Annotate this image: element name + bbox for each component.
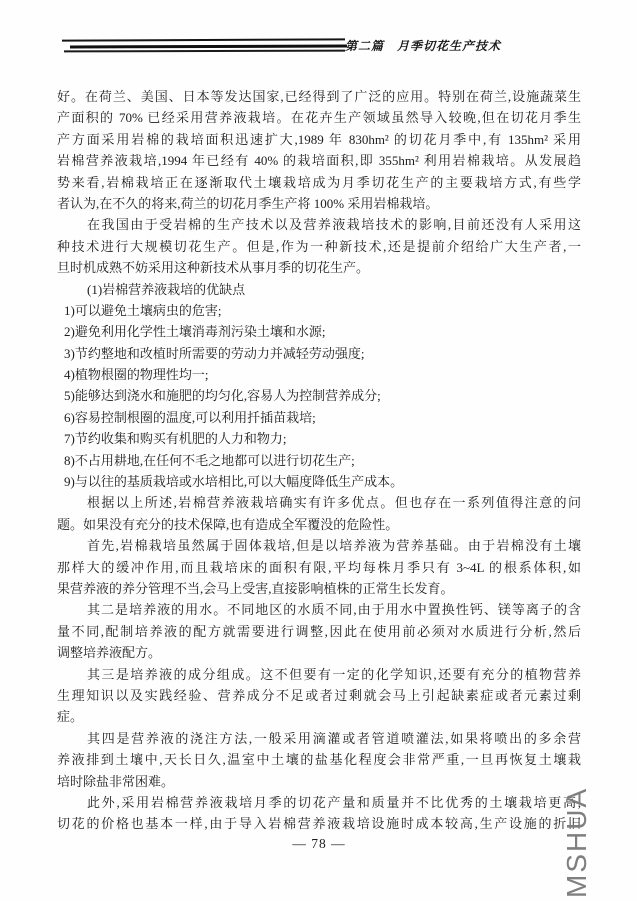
list-item-line: 5)能够达到浇水和施肥的均匀化,容易人为控制营养成分;	[57, 385, 581, 406]
text-line: 其四是营养液的浇注方法,一般采用滴灌或者管道喷灌法,如果将喷出的多余营	[57, 728, 581, 749]
text-line: 题。如果没有充分的技术保障,也有造成全军覆没的危险性。	[57, 514, 581, 535]
text-line: 量不同,配制培养液的配方就需要进行调整,因此在使用前必须对水质进行分析,然后	[57, 621, 581, 642]
list-item-line: 7)节约收集和购买有机肥的人力和物力;	[57, 428, 581, 449]
list-item-line: 6)容易控制根圈的温度,可以利用扦插苗栽培;	[57, 407, 581, 428]
text-line: 生理知识以及实践经验、营养成分不足或者过剩就会马上引起缺素症或者元素过剩	[57, 685, 581, 706]
text-line: 产方面采用岩棉的栽培面积迅速扩大,1989 年 830hm² 的切花月季中,有 …	[57, 129, 581, 150]
text-line: 根据以上所述,岩棉营养液栽培确实有许多优点。但也存在一系列值得注意的问	[57, 492, 581, 513]
text-line: 养液排到土壤中,天长日久,温室中土壤的盐基化程度会非常严重,一旦再恢复土壤栽	[57, 749, 581, 770]
scanned-book-page: 第二篇 月季切花生产技术 好。在荷兰、美国、日本等发达国家,已经得到了广泛的应用…	[0, 0, 637, 901]
text-line: 旦时机成熟不妨采用这种新技术从事月季的切花生产。	[57, 257, 581, 278]
header-rule-line-top	[62, 38, 345, 41]
page-number: — 78 —	[57, 833, 581, 854]
list-item-line: 4)植物根圈的物理性均一;	[57, 364, 581, 385]
text-line: 好。在荷兰、美国、日本等发达国家,已经得到了广泛的应用。特别在荷兰,设施蔬菜生	[57, 86, 581, 107]
list-item-line: 3)节约整地和改植时所需要的劳动力并减轻劳动强度;	[57, 343, 581, 364]
text-line: 症。	[57, 706, 581, 727]
text-line: 其二是培养液的用水。不同地区的水质不同,由于用水中置换性钙、镁等离子的含	[57, 599, 581, 620]
running-header-title: 第二篇 月季切花生产技术	[345, 37, 585, 54]
text-line: 产面积的 70% 已经采用营养液栽培。在花卉生产领域虽然导入较晚,但在切花月季生	[57, 107, 581, 128]
text-line: 调整培养液配方。	[57, 642, 581, 663]
text-line: 在我国由于受岩棉的生产技术以及营养液栽培技术的影响,目前还没有人采用这	[57, 214, 581, 235]
text-line: 那样大的缓冲作用,而且栽培床的面积有限,平均每株月季只有 3~4L 的根系体积,…	[57, 557, 581, 578]
list-item-line: 1)可以避免土壤病虫的危害;	[57, 300, 581, 321]
watermark-text: MSHUA	[560, 780, 594, 898]
text-line: 势来看,岩棉栽培正在逐渐取代土壤栽培成为月季切花生产的主要栽培方式,有些学	[57, 172, 581, 193]
text-line: 岩棉营养液栽培,1994 年已经有 40% 的栽培面积,即 355hm² 利用岩…	[57, 150, 581, 171]
list-item-line: 2)避免利用化学性土壤消毒剂污染土壤和水源;	[57, 321, 581, 342]
text-line: 此外,采用岩棉营养液栽培月季的切花产量和质量并不比优秀的土壤栽培更高,	[57, 792, 581, 813]
text-line: 首先,岩棉栽培虽然属于固体栽培,但是以培养液为营养基础。由于岩棉没有土壤	[57, 535, 581, 556]
body-text: 好。在荷兰、美国、日本等发达国家,已经得到了广泛的应用。特别在荷兰,设施蔬菜生 …	[57, 86, 581, 835]
text-line: 切花的价格也基本一样,由于导入岩棉营养液栽培设施时成本较高,生产设施的折旧	[57, 813, 581, 834]
header-rule-line-middle	[70, 45, 347, 49]
text-line: 培时除盐非常困难。	[57, 771, 581, 792]
list-item-line: 9)与以往的基质栽培或水培相比,可以大幅度降低生产成本。	[57, 471, 581, 492]
list-item-line: 8)不占用耕地,在任何不毛之地都可以进行切花生产;	[57, 450, 581, 471]
header-rule-line-bottom	[64, 50, 345, 52]
text-line: 种技术进行大规模切花生产。但是,作为一种新技术,还是提前介绍给广大生产者,一	[57, 236, 581, 257]
list-heading-line: (1)岩棉营养液栽培的优缺点	[57, 279, 581, 300]
text-line: 果营养液的养分管理不当,会马上受害,直接影响植株的正常生长发育。	[57, 578, 581, 599]
text-line: 者认为,在不久的将来,荷兰的切花月季生产将 100% 采用岩棉栽培。	[57, 193, 581, 214]
text-line: 其三是培养液的成分组成。这不但要有一定的化学知识,还要有充分的植物营养	[57, 664, 581, 685]
